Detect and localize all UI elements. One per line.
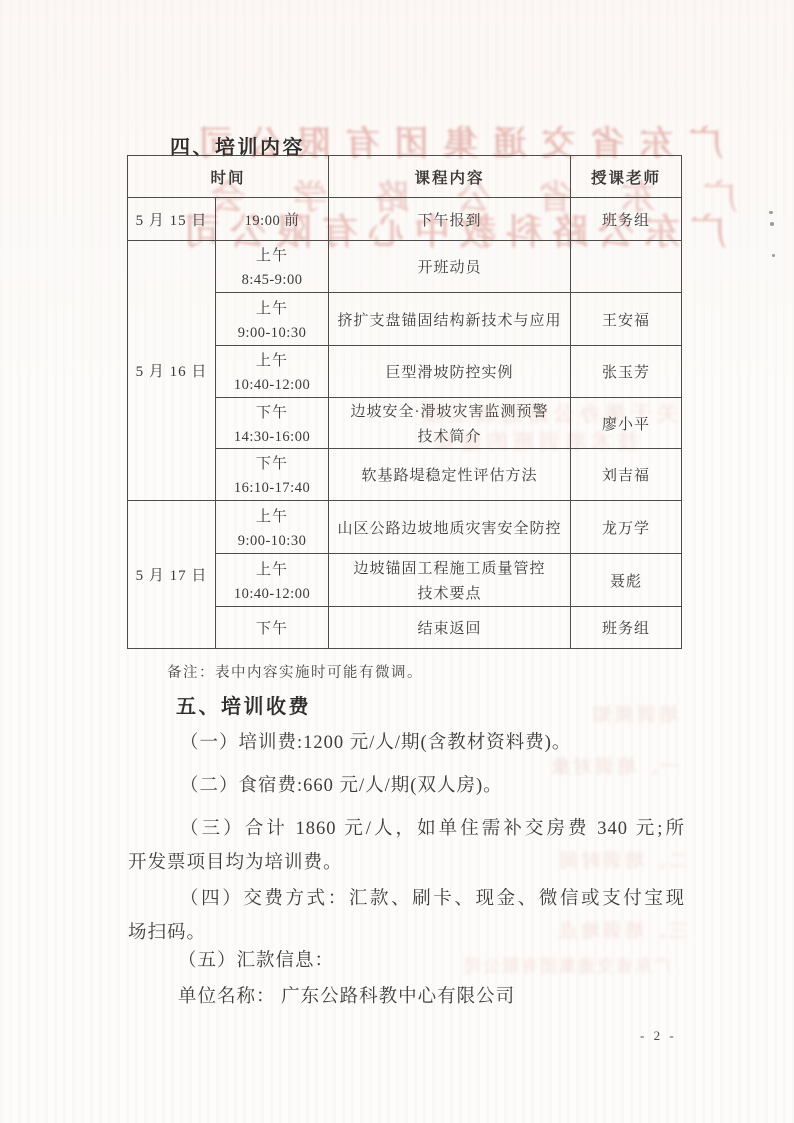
teacher-cell: 王安福	[571, 293, 682, 346]
teacher-cell: 廖小平	[571, 398, 682, 449]
date-cell-may16: 5 月 16 日	[128, 241, 216, 501]
fee-line-1: （一）培训费:1200 元/人/期(含教材资料费)。	[180, 728, 571, 754]
time-value: 10:40-12:00	[234, 586, 310, 603]
scanned-document-page: 广东省交通集团有限公司 广东省公路学会 广东公路科教中心有限公司 关于举办公路边…	[0, 0, 794, 1123]
time-value: 14:30-16:00	[234, 429, 310, 446]
teacher-cell: 刘吉福	[571, 449, 682, 501]
table-row: 5 月 17 日 上午9:00-10:30 山区公路边坡地质灾害安全防控 龙万学	[128, 501, 682, 554]
time-cell: 上午10:40-12:00	[216, 554, 329, 607]
course-cell: 下午报到	[329, 198, 571, 241]
course-title: 软基路堤稳定性评估方法	[362, 464, 538, 485]
course-cell: 边坡锚固工程施工质量管控技术要点	[329, 554, 571, 607]
course-title: 挤扩支盘锚固结构新技术与应用	[338, 309, 562, 330]
time-cell: 下午	[216, 607, 329, 649]
header-cell-teacher: 授课老师	[571, 156, 682, 198]
time-period: 上午	[256, 349, 288, 370]
course-cell: 开班动员	[329, 241, 571, 293]
course-cell: 挤扩支盘锚固结构新技术与应用	[329, 293, 571, 346]
time-period: 上午	[256, 558, 288, 579]
course-title: 开班动员	[418, 256, 482, 277]
time-value: 10:40-12:00	[234, 377, 310, 394]
fee-line-4-continued: 场扫码。	[128, 918, 206, 944]
time-cell: 下午16:10-17:40	[216, 449, 329, 501]
header-cell-time: 时间	[128, 156, 329, 198]
teacher-cell	[571, 241, 682, 293]
fee-line-3: （三）合计 1860 元/人，如单住需补交房费 340 元;所	[180, 814, 685, 840]
course-title: 边坡锚固工程施工质量管控	[354, 557, 546, 578]
teacher-cell: 聂彪	[571, 554, 682, 607]
time-cell: 19:00 前	[216, 198, 329, 241]
time-value: 19:00 前	[245, 209, 300, 230]
fee-line-2: （二）食宿费:660 元/人/期(双人房)。	[180, 771, 503, 797]
course-cell: 结束返回	[329, 607, 571, 649]
time-value: 9:00-10:30	[238, 325, 307, 342]
time-period: 下午	[256, 401, 288, 422]
fee-line-4: （四）交费方式：汇款、刷卡、现金、微信或支付宝现	[180, 884, 685, 910]
table-row: 5 月 16 日 上午8:45-9:00 开班动员	[128, 241, 682, 293]
course-title: 山区公路边坡地质灾害安全防控	[338, 517, 562, 538]
company-name-line: 单位名称： 广东公路科教中心有限公司	[178, 982, 515, 1008]
course-title: 边坡安全·滑坡灾害监测预警	[351, 400, 549, 421]
course-cell: 山区公路边坡地质灾害安全防控	[329, 501, 571, 554]
fee-line-3-continued: 开发票项目均为培训费。	[128, 848, 343, 874]
teacher-cell: 张玉芳	[571, 346, 682, 398]
time-cell: 上午8:45-9:00	[216, 241, 329, 293]
course-title-line2: 技术简介	[418, 425, 482, 446]
course-title-line2: 技术要点	[418, 582, 482, 603]
course-cell: 边坡安全·滑坡灾害监测预警技术简介	[329, 398, 571, 449]
course-title: 下午报到	[418, 209, 482, 230]
table-row: 5 月 15 日 19:00 前 下午报到 班务组	[128, 198, 682, 241]
course-title: 结束返回	[418, 617, 482, 638]
time-cell: 上午9:00-10:30	[216, 293, 329, 346]
date-cell-may17: 5 月 17 日	[128, 501, 216, 649]
time-cell: 上午9:00-10:30	[216, 501, 329, 554]
page-number: - 2 -	[640, 1028, 677, 1044]
time-period: 下午	[256, 452, 288, 473]
time-value: 16:10-17:40	[234, 480, 310, 497]
time-period: 上午	[256, 505, 288, 526]
table-header-row: 时间 课程内容 授课老师	[128, 156, 682, 198]
teacher-cell: 班务组	[571, 607, 682, 649]
time-cell: 下午14:30-16:00	[216, 398, 329, 449]
time-period: 下午	[256, 617, 288, 638]
header-cell-content: 课程内容	[329, 156, 571, 198]
teacher-cell: 班务组	[571, 198, 682, 241]
time-period: 上午	[256, 297, 288, 318]
time-value: 9:00-10:30	[238, 533, 307, 550]
time-period: 上午	[256, 244, 288, 265]
section-5-heading: 五、培训收费	[176, 690, 311, 719]
time-value: 8:45-9:00	[242, 272, 303, 289]
document-content: 四、培训内容 时间 课程内容 授课老师 5 月 15 日 19:00 前 下午报…	[0, 0, 794, 1123]
course-title: 巨型滑坡防控实例	[386, 361, 514, 382]
training-schedule-table: 时间 课程内容 授课老师 5 月 15 日 19:00 前 下午报到 班务组 5…	[127, 155, 682, 649]
remittance-info-heading: （五）汇款信息：	[178, 946, 334, 972]
date-cell-may15: 5 月 15 日	[128, 198, 216, 241]
course-cell: 软基路堤稳定性评估方法	[329, 449, 571, 501]
time-cell: 上午10:40-12:00	[216, 346, 329, 398]
teacher-cell: 龙万学	[571, 501, 682, 554]
table-note: 备注：表中内容实施时可能有微调。	[167, 661, 423, 682]
course-cell: 巨型滑坡防控实例	[329, 346, 571, 398]
